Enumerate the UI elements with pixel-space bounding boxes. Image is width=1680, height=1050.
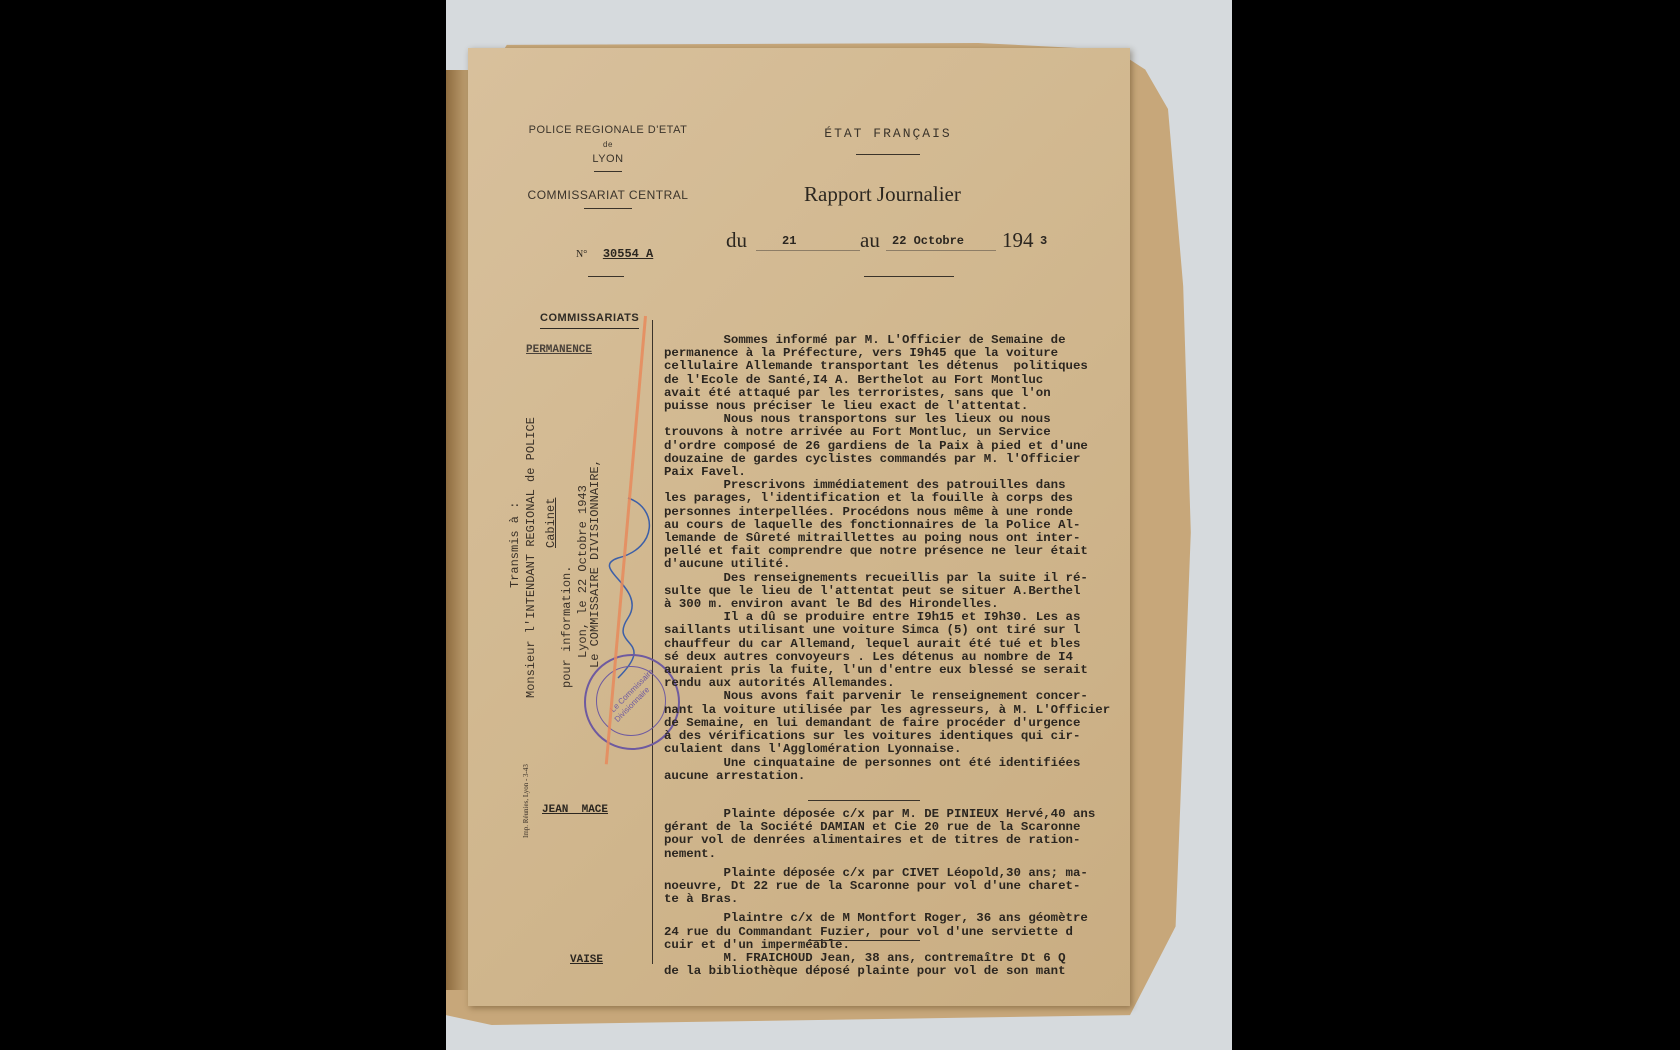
- section-vaise: VAISE: [570, 954, 603, 967]
- agency-de: de: [508, 140, 708, 149]
- du-label: du: [726, 228, 747, 253]
- paragraph: Une cinquataine de personnes ont été ide…: [664, 757, 1104, 783]
- printer-mark: Imp. Réunies, Lyon - 3-43: [522, 764, 530, 838]
- report-title: Rapport Journalier: [804, 182, 961, 207]
- state-title: ÉTAT FRANÇAIS: [788, 126, 988, 141]
- agency-division: COMMISSARIAT CENTRAL: [508, 188, 708, 202]
- ornament-rule: [594, 171, 622, 172]
- transmis-cabinet: Cabinet: [544, 498, 558, 548]
- paragraph: Plaintre c/x de M Montfort Roger, 36 ans…: [664, 912, 1104, 952]
- section-jean-mace: JEAN MACE: [542, 804, 608, 817]
- header-left: POLICE REGIONALE D'ETAT de LYON COMMISSA…: [508, 124, 708, 209]
- paragraph: Il a dû se produire entre I9h15 et I9h30…: [664, 611, 1104, 690]
- paragraph: Sommes informé par M. L'Officier de Sema…: [664, 334, 1104, 413]
- ornament-rule: [588, 276, 624, 277]
- date-underline: [756, 250, 860, 251]
- section-permanence: PERMANENCE: [526, 344, 592, 357]
- report-number: N° 30554 A: [576, 244, 653, 262]
- from-day: 21: [782, 235, 796, 248]
- page-edges: [446, 70, 470, 990]
- paragraph: Nous nous transportons sur les lieux ou …: [664, 413, 1104, 479]
- ornament-rule: [584, 208, 632, 209]
- vaise-body: M. FRAICHOUD Jean, 38 ans, contremaître …: [664, 952, 1104, 978]
- to-date: 22 Octobre: [892, 235, 964, 248]
- paragraph: Prescrivons immédiatement des patrouille…: [664, 479, 1104, 571]
- section-separator: [808, 940, 920, 941]
- transmis-label: Transmis à :: [508, 502, 522, 588]
- agency-city: LYON: [508, 153, 708, 165]
- year-printed: 194: [1002, 228, 1034, 253]
- jean-mace-body: Plainte déposée c/x par M. DE PINIEUX He…: [664, 808, 1104, 952]
- sidebar-title: COMMISSARIATS: [540, 312, 639, 329]
- paragraph: Des renseignements recueillis par la sui…: [664, 572, 1104, 612]
- document-photo: POLICE REGIONALE D'ETAT de LYON COMMISSA…: [446, 0, 1232, 1050]
- agency-name: POLICE REGIONALE D'ETAT: [508, 124, 708, 136]
- date-underline: [886, 250, 996, 251]
- date-range: du 21 au 22 Octobre 194 3: [726, 228, 1066, 252]
- number-value: 30554 A: [603, 247, 653, 261]
- paragraph: Nous avons fait parvenir le renseignemen…: [664, 690, 1104, 756]
- transmis-purpose: pour information.: [560, 566, 574, 688]
- paragraph: M. FRAICHOUD Jean, 38 ans, contremaître …: [664, 952, 1104, 978]
- number-label: N°: [576, 249, 587, 260]
- section-separator: [808, 800, 920, 801]
- au-label: au: [860, 228, 880, 253]
- report-sheet: POLICE REGIONALE D'ETAT de LYON COMMISSA…: [468, 48, 1130, 1006]
- permanence-body: Sommes informé par M. L'Officier de Sema…: [664, 334, 1104, 783]
- year-typed: 3: [1040, 235, 1047, 248]
- transmis-recipient: Monsieur l'INTENDANT REGIONAL de POLICE: [524, 417, 538, 698]
- paragraph: Plainte déposée c/x par CIVET Léopold,30…: [664, 867, 1104, 907]
- state-underline: [856, 154, 920, 155]
- date-rule: [864, 276, 954, 277]
- paragraph: Plainte déposée c/x par M. DE PINIEUX He…: [664, 808, 1104, 861]
